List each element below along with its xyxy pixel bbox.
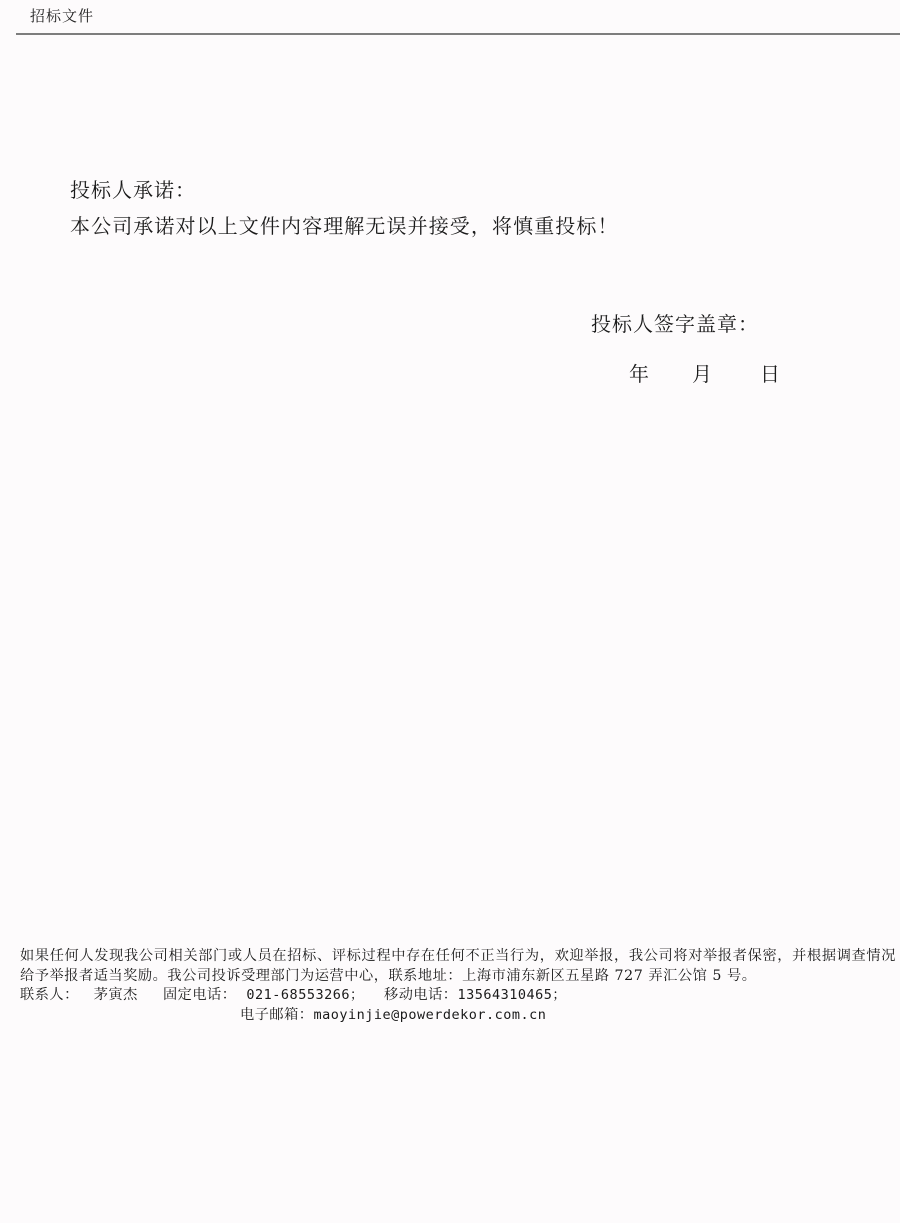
- contact-line: 联系人： 茅寅杰 固定电话： 021-68553266； 移动电话：135643…: [20, 986, 896, 1006]
- email-address: maoyinjie@powerdekor.com.cn: [313, 1007, 546, 1023]
- landline-label: 固定电话：: [163, 987, 236, 1003]
- contact-person-name: 茅寅杰: [94, 987, 138, 1003]
- email-label: 电子邮箱：: [240, 1007, 313, 1023]
- date-year-label: 年: [629, 358, 692, 387]
- contact-person-label: 联系人：: [20, 987, 79, 1003]
- mobile-label: 移动电话：: [384, 987, 457, 1003]
- date-day-label: 日: [760, 358, 780, 387]
- date-month-label: 月: [692, 358, 760, 387]
- complaint-notice: 如果任何人发现我公司相关部门或人员在招标、评标过程中存在任何不正当行为，欢迎举报…: [20, 947, 896, 1025]
- document-header-title: 招标文件: [30, 5, 94, 26]
- landline-number: 021-68553266；: [246, 987, 364, 1003]
- pledge-heading: 投标人承诺：: [70, 174, 196, 203]
- complaint-notice-text: 如果任何人发现我公司相关部门或人员在招标、评标过程中存在任何不正当行为，欢迎举报…: [20, 947, 896, 986]
- pledge-statement: 本公司承诺对以上文件内容理解无误并接受，将慎重投标！: [70, 210, 619, 239]
- email-line: 电子邮箱：maoyinjie@powerdekor.com.cn: [20, 1006, 896, 1026]
- signature-date: 年 月 日: [629, 358, 780, 387]
- mobile-number: 13564310465；: [457, 987, 566, 1003]
- header-divider: [16, 33, 900, 35]
- signature-label: 投标人签字盖章：: [591, 308, 759, 337]
